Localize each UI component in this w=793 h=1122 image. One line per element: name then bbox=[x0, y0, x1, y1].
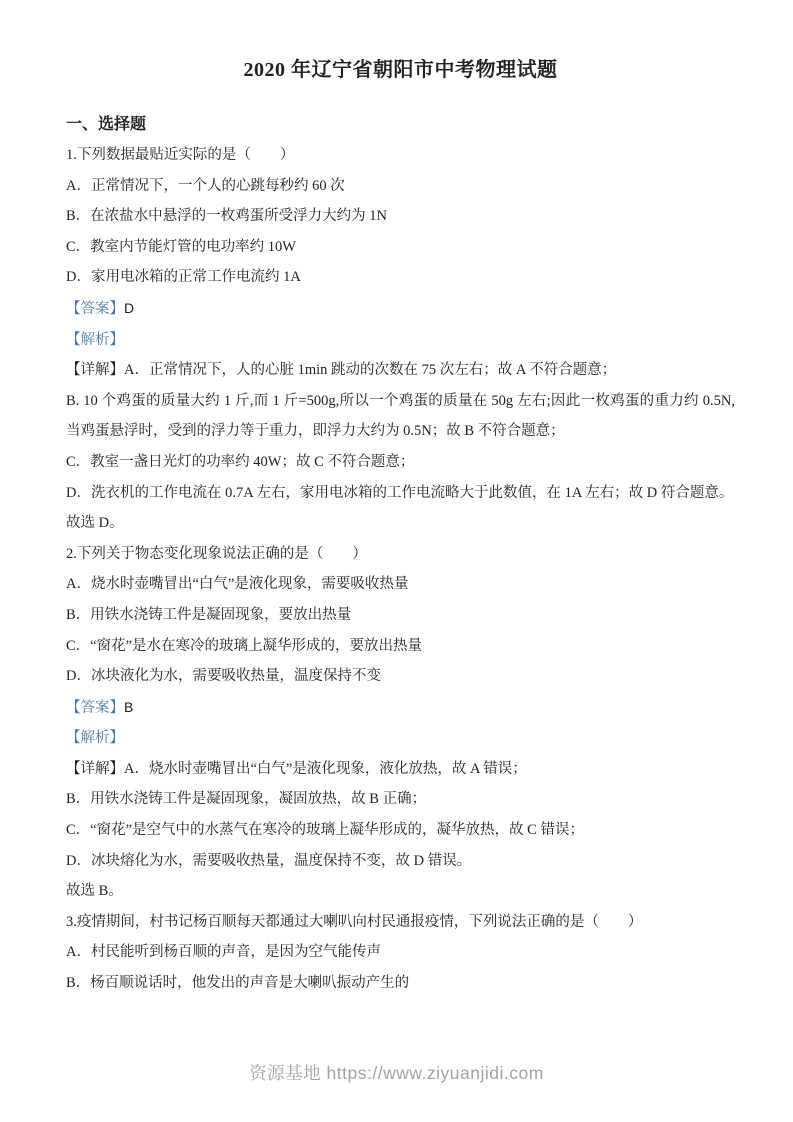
question-2-detail-c: C．“窗花”是空气中的水蒸气在寒冷的玻璃上凝华形成的，凝华放热，故 C 错误； bbox=[66, 815, 735, 846]
question-1-detail-c: C．教室一盏日光灯的功率约 40W；故 C 不符合题意； bbox=[66, 447, 735, 478]
question-2-detail-d: D．冰块熔化为水，需要吸收热量，温度保持不变，故 D 错误。 bbox=[66, 846, 735, 877]
footer-site-link[interactable]: 资源基地 https://www.ziyuanjidi.com bbox=[249, 1063, 544, 1083]
question-2-option-a: A．烧水时壶嘴冒出“白气”是液化现象，需要吸收热量 bbox=[66, 569, 735, 600]
question-2-option-c: C．“窗花”是水在寒冷的玻璃上凝华形成的，要放出热量 bbox=[66, 631, 735, 662]
question-2-option-d: D．冰块液化为水，需要吸收热量，温度保持不变 bbox=[66, 661, 735, 692]
document-title: 2020 年辽宁省朝阳市中考物理试题 bbox=[66, 52, 735, 88]
question-2-analysis-line: 【解析】 bbox=[66, 723, 735, 754]
question-1-detail-a: 【详解】A．正常情况下，人的心脏 1min 跳动的次数在 75 次左右；故 A … bbox=[66, 355, 735, 386]
question-1-detail-d: D．洗衣机的工作电流在 0.7A 左右，家用电冰箱的工作电流略大于此数值，在 1… bbox=[66, 478, 735, 509]
question-1-detail-b: B. 10 个鸡蛋的质量大约 1 斤,而 1 斤=500g,所以一个鸡蛋的质量在… bbox=[66, 386, 735, 447]
question-2-answer-line: 【答案】B bbox=[66, 692, 735, 724]
question-1-analysis-line: 【解析】 bbox=[66, 325, 735, 356]
section-heading-multiple-choice: 一、选择题 bbox=[66, 110, 735, 140]
question-1-conclusion: 故选 D。 bbox=[66, 508, 735, 539]
question-1-stem: 1.下列数据最贴近实际的是（ ） bbox=[66, 140, 735, 171]
analysis-label: 【解析】 bbox=[66, 332, 124, 348]
question-2-detail-b: B．用铁水浇铸工件是凝固现象，凝固放热，故 B 正确； bbox=[66, 784, 735, 815]
question-3-option-b: B．杨百顺说话时，他发出的声音是大喇叭振动产生的 bbox=[66, 968, 735, 999]
question-3-stem: 3.疫情期间，村书记杨百顺每天都通过大喇叭向村民通报疫情，下列说法正确的是（ ） bbox=[66, 907, 735, 938]
detail-label: 【详解】 bbox=[66, 362, 124, 378]
question-1-option-b: B．在浓盐水中悬浮的一枚鸡蛋所受浮力大约为 1N bbox=[66, 201, 735, 232]
question-1-option-a: A．正常情况下，一个人的心跳每秒约 60 次 bbox=[66, 171, 735, 202]
question-1-answer-value: D bbox=[124, 300, 134, 316]
question-1-answer-line: 【答案】D bbox=[66, 293, 735, 325]
analysis-label: 【解析】 bbox=[66, 730, 124, 746]
question-2-stem: 2.下列关于物态变化现象说法正确的是（ ） bbox=[66, 539, 735, 570]
document-page: 2020 年辽宁省朝阳市中考物理试题 一、选择题 1.下列数据最贴近实际的是（ … bbox=[0, 0, 793, 999]
question-2-option-b: B．用铁水浇铸工件是凝固现象，要放出热量 bbox=[66, 600, 735, 631]
answer-label: 【答案】 bbox=[66, 700, 124, 716]
footer-watermark: 资源基地 https://www.ziyuanjidi.com bbox=[0, 1060, 793, 1085]
answer-label: 【答案】 bbox=[66, 301, 124, 317]
question-2-conclusion: 故选 B。 bbox=[66, 876, 735, 907]
question-1-option-c: C．教室内节能灯管的电功率约 10W bbox=[66, 232, 735, 263]
question-1-option-d: D．家用电冰箱的正常工作电流约 1A bbox=[66, 262, 735, 293]
question-2-detail-a: 【详解】A．烧水时壶嘴冒出“白气”是液化现象，液化放热，故 A 错误； bbox=[66, 754, 735, 785]
detail-label: 【详解】 bbox=[66, 761, 124, 777]
question-3-option-a: A．村民能听到杨百顺的声音，是因为空气能传声 bbox=[66, 937, 735, 968]
question-2-answer-value: B bbox=[124, 699, 133, 715]
